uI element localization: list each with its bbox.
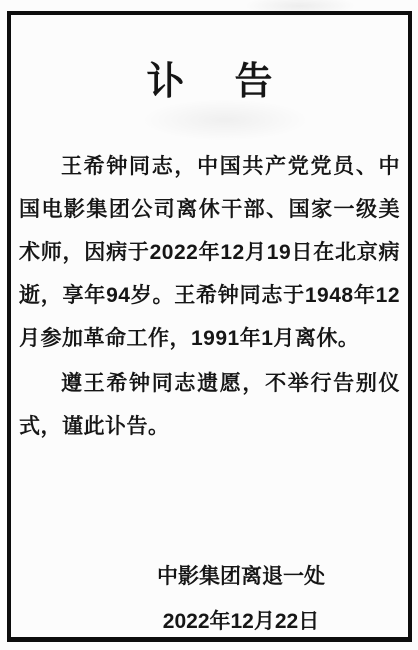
notice-paragraph-closing: 遵王希钟同志遗愿，不举行告别仪式，谨此讣告。 [19, 362, 400, 448]
signature-org: 中影集团离退一处 [157, 554, 325, 599]
notice-paragraph-main: 王希钟同志，中国共产党党员、中国电影集团公司离休干部、国家一级美术师，因病于20… [19, 145, 400, 360]
signature-block: 中影集团离退一处 2022年12月22日 [157, 554, 325, 644]
signature-date: 2022年12月22日 [157, 599, 325, 644]
document-frame: 讣 告 王希钟同志，中国共产党党员、中国电影集团公司离休干部、国家一级美术师，因… [7, 11, 412, 642]
notice-title: 讣 告 [19, 59, 400, 105]
obituary-notice-page: 讣 告 王希钟同志，中国共产党党员、中国电影集团公司离休干部、国家一级美术师，因… [0, 0, 418, 650]
